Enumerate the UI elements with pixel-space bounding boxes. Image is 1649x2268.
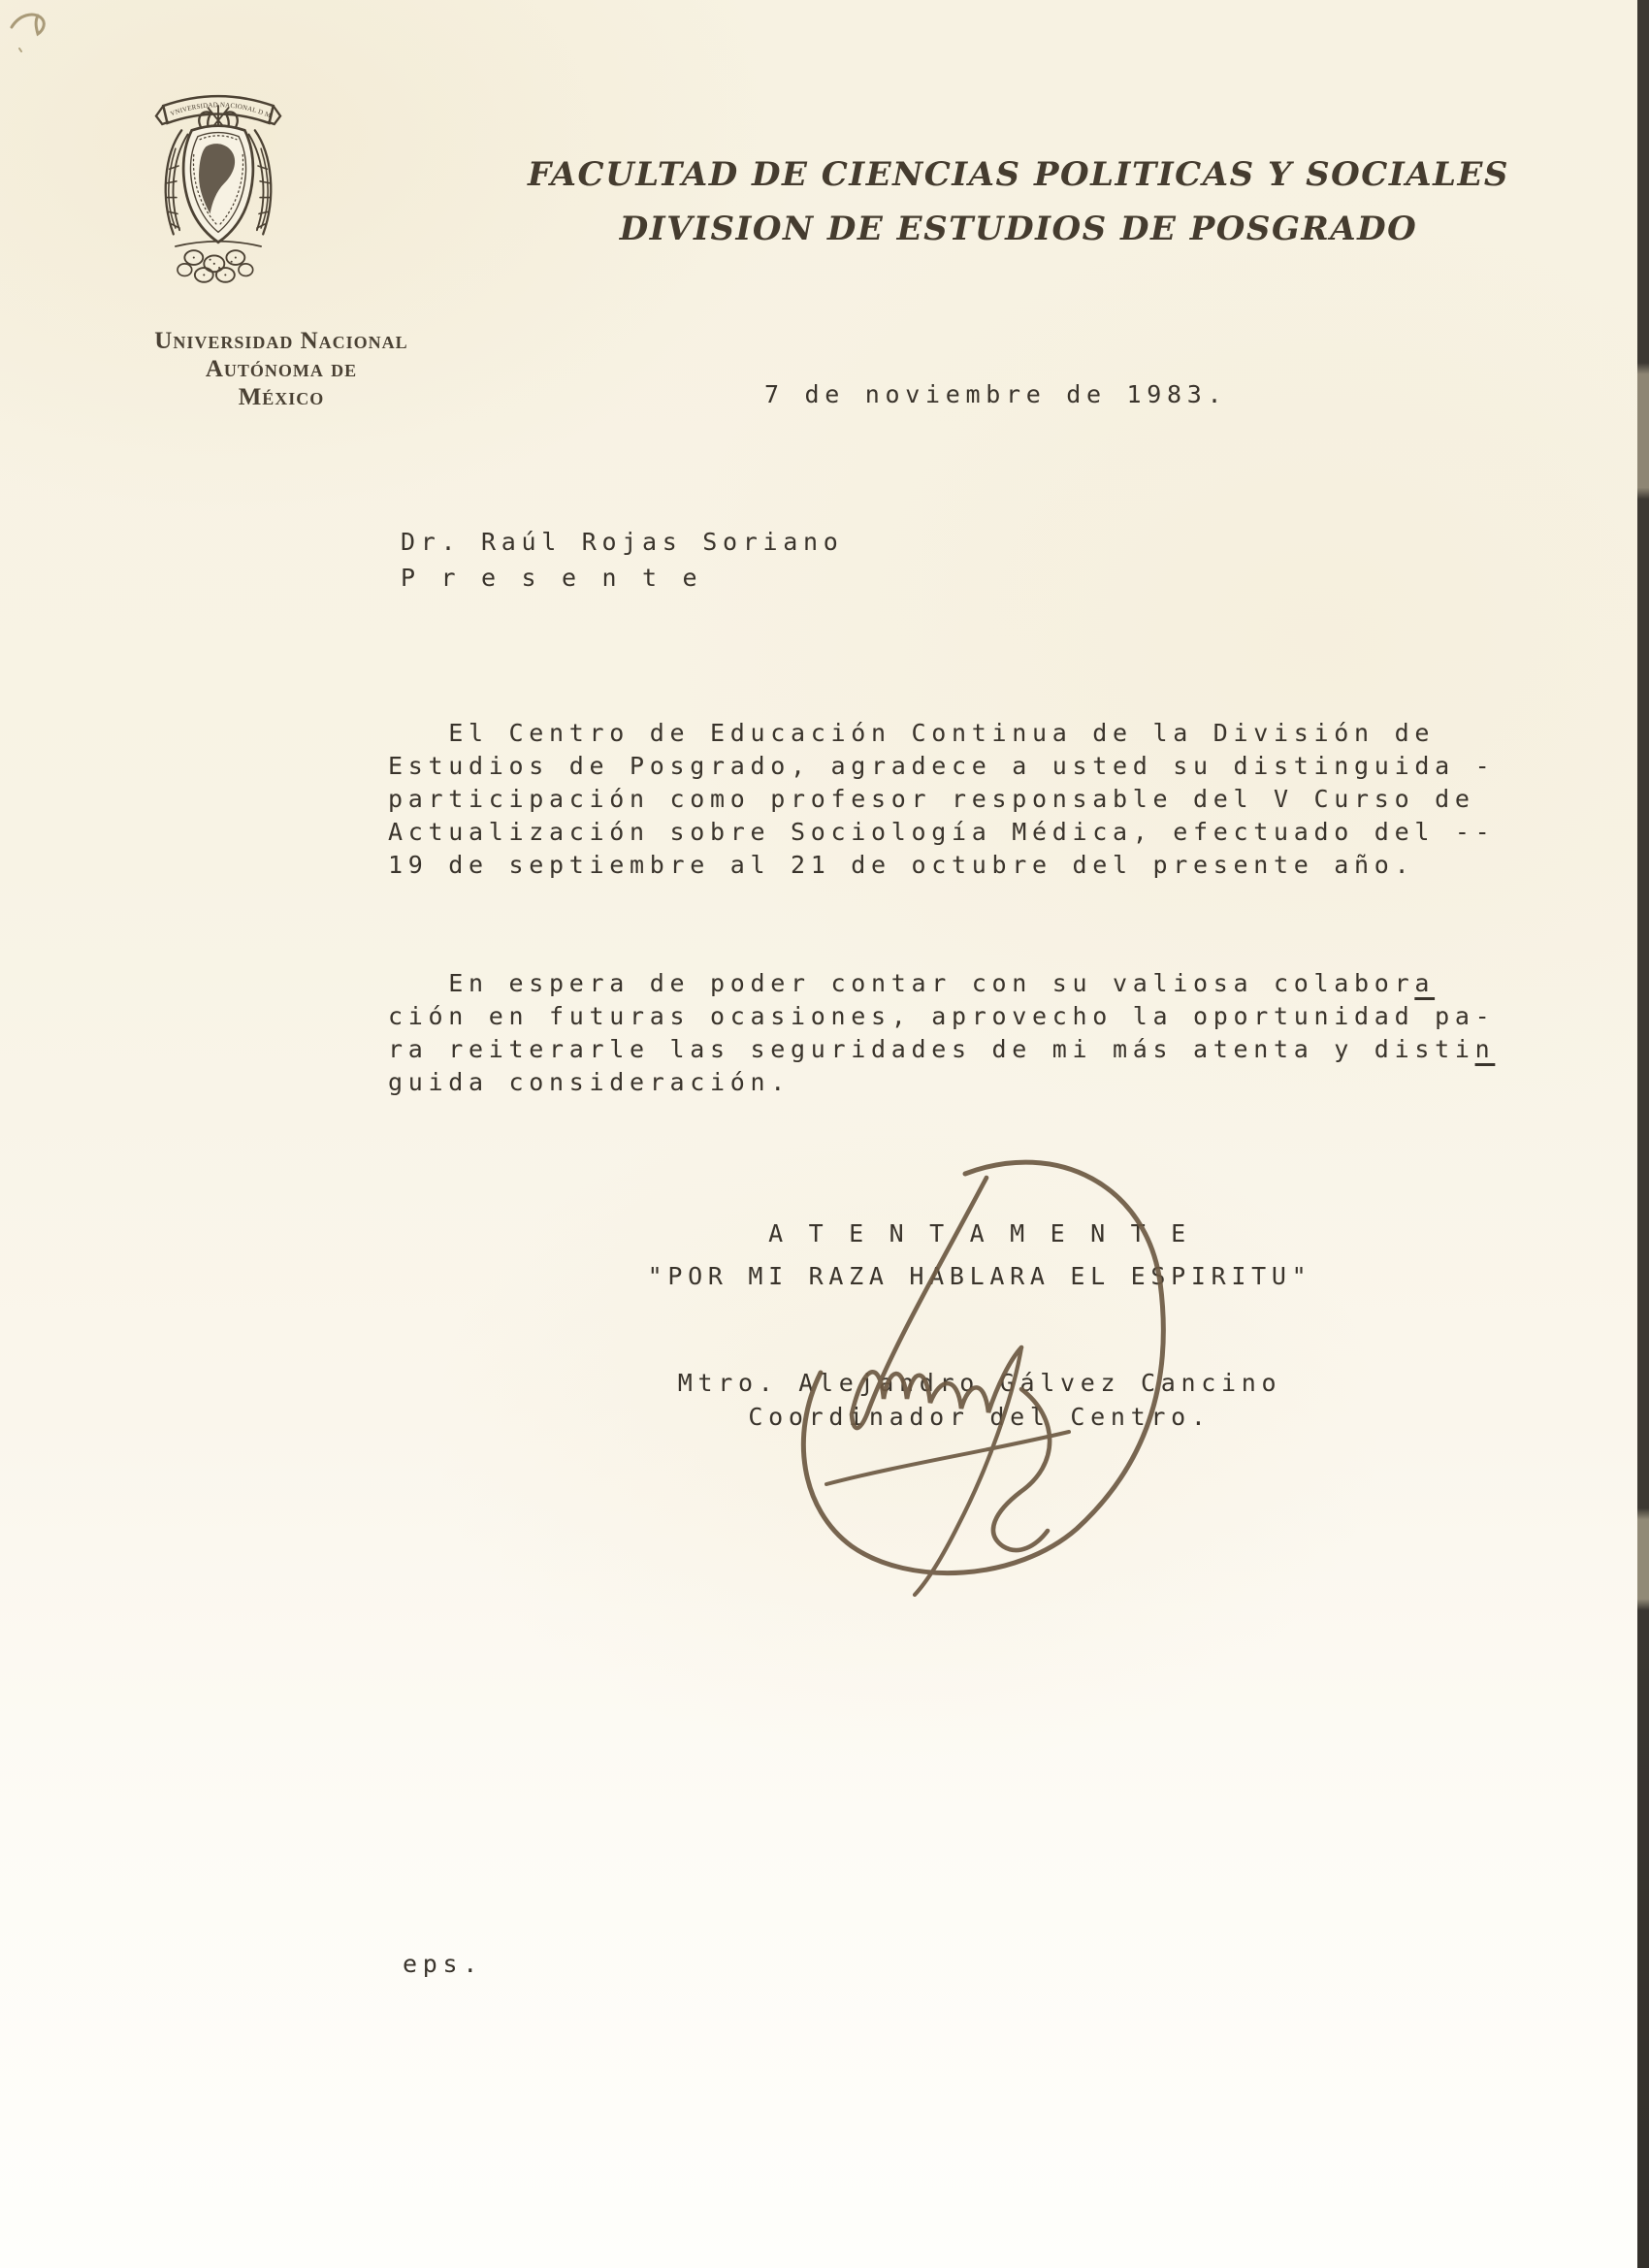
typist-initials: eps. [403, 1950, 483, 1978]
institution-line-3: México [114, 383, 448, 411]
date-line: 7 de noviembre de 1983. [764, 380, 1227, 408]
recipient-name: Dr. Raúl Rojas Soriano [401, 524, 844, 560]
body-line: participación como profesor responsable … [388, 783, 1495, 816]
letterhead-faculty-line: FACULTAD DE CIENCIAS POLITICAS Y SOCIALE… [504, 155, 1533, 194]
pen-mark-artifact [6, 6, 64, 52]
underlined-break-char: a [1414, 969, 1435, 997]
body-line: Actualización sobre Sociología Médica, e… [388, 816, 1495, 849]
underlined-break-char: n [1475, 1035, 1496, 1063]
body-line: Estudios de Posgrado, agradece a usted s… [388, 750, 1495, 783]
institution-line-1: Universidad Nacional [114, 327, 448, 355]
institution-line-2: Autónoma de [114, 355, 448, 383]
body-line: guida consideración. [388, 1066, 1495, 1099]
body-paragraph-2: En espera de poder contar con su valiosa… [388, 967, 1495, 1099]
unam-crest-logo: VNIVERSIDAD NACIONAL D MEXICO [150, 83, 286, 287]
body-line: ra reiterarle las seguridades de mi más … [388, 1033, 1495, 1066]
body-paragraph-1: El Centro de Educación Continua de la Di… [388, 717, 1495, 882]
scan-edge-artifact [1637, 0, 1649, 2268]
body-line: 19 de septiembre al 21 de octubre del pr… [388, 849, 1495, 882]
institution-name-block: Universidad Nacional Autónoma de México [114, 327, 448, 411]
signature-scribble [737, 1145, 1203, 1610]
body-line: ción en futuras ocasiones, aprovecho la … [388, 1000, 1495, 1033]
letter-page: VNIVERSIDAD NACIONAL D MEXICO FACULTAD D… [0, 0, 1649, 2268]
letterhead-division-line: DIVISION DE ESTUDIOS DE POSGRADO [504, 210, 1533, 248]
body-line: En espera de poder contar con su valiosa… [388, 967, 1495, 1000]
recipient-salutation: P r e s e n t e [401, 560, 844, 596]
recipient-block: Dr. Raúl Rojas Soriano P r e s e n t e [401, 524, 844, 596]
body-line: El Centro de Educación Continua de la Di… [388, 717, 1495, 750]
